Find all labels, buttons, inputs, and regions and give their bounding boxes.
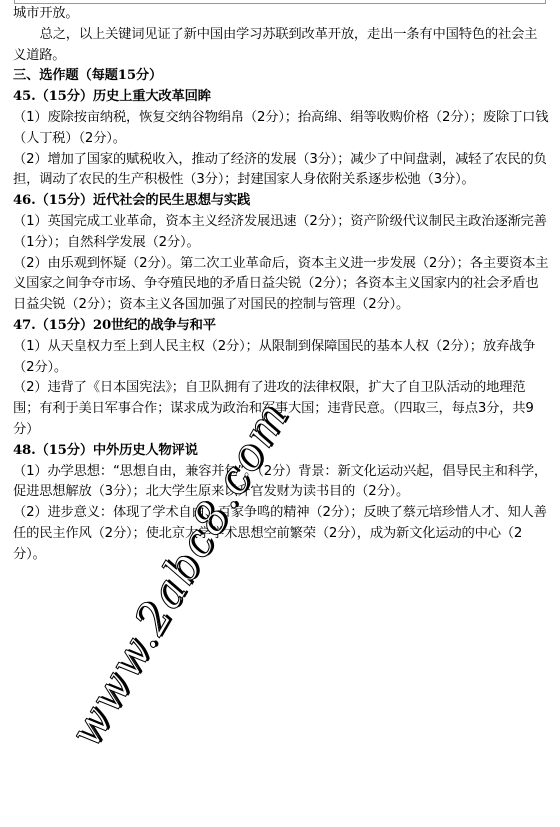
- question-48-answer-2: （2）进步意义：体现了学术自由、百家争鸣的精神（2分）；反映了蔡元培珍惜人才、知…: [13, 503, 549, 565]
- question-48-answer-1: （1）办学思想：“思想自由，兼容并包”。（2分）背景：新文化运动兴起，倡导民主和…: [13, 462, 549, 504]
- question-47-answer-1: （1）从天皇权力至上到人民主权（2分）；从限制到保障国民的基本人权（2分）；放弃…: [13, 337, 549, 379]
- question-46-heading: 46.（15分）近代社会的民生思想与实践: [13, 191, 549, 212]
- question-45-heading: 45.（15分）历史上重大改革回眸: [13, 87, 549, 108]
- question-45-answer-2: （2）增加了国家的赋税收入，推动了经济的发展（3分）；减少了中间盘剥，减轻了农民…: [13, 150, 549, 192]
- document-body: 城市开放。 总之，以上关键词见证了新中国由学习苏联到改革开放，走出一条有中国特色…: [13, 4, 549, 566]
- question-46-answer-2: （2）由乐观到怀疑（2分）。第二次工业革命后，资本主义进一步发展（2分）；各主要…: [13, 254, 549, 316]
- question-46-answer-1: （1）英国完成工业革命，资本主义经济发展迅速（2分）；资产阶级代议制民主政治逐渐…: [13, 212, 549, 254]
- question-47-heading: 47.（15分）20世纪的战争与和平: [13, 316, 549, 337]
- section-heading: 三、选作题（每题15分）: [13, 66, 549, 87]
- question-45-answer-1: （1）废除按亩纳税，恢复交纳谷物绢帛（2分）；抬高绵、绢等收购价格（2分）；废除…: [13, 108, 549, 150]
- text-line: 城市开放。: [13, 4, 549, 25]
- summary-paragraph: 总之，以上关键词见证了新中国由学习苏联到改革开放，走出一条有中国特色的社会主义道…: [13, 25, 549, 67]
